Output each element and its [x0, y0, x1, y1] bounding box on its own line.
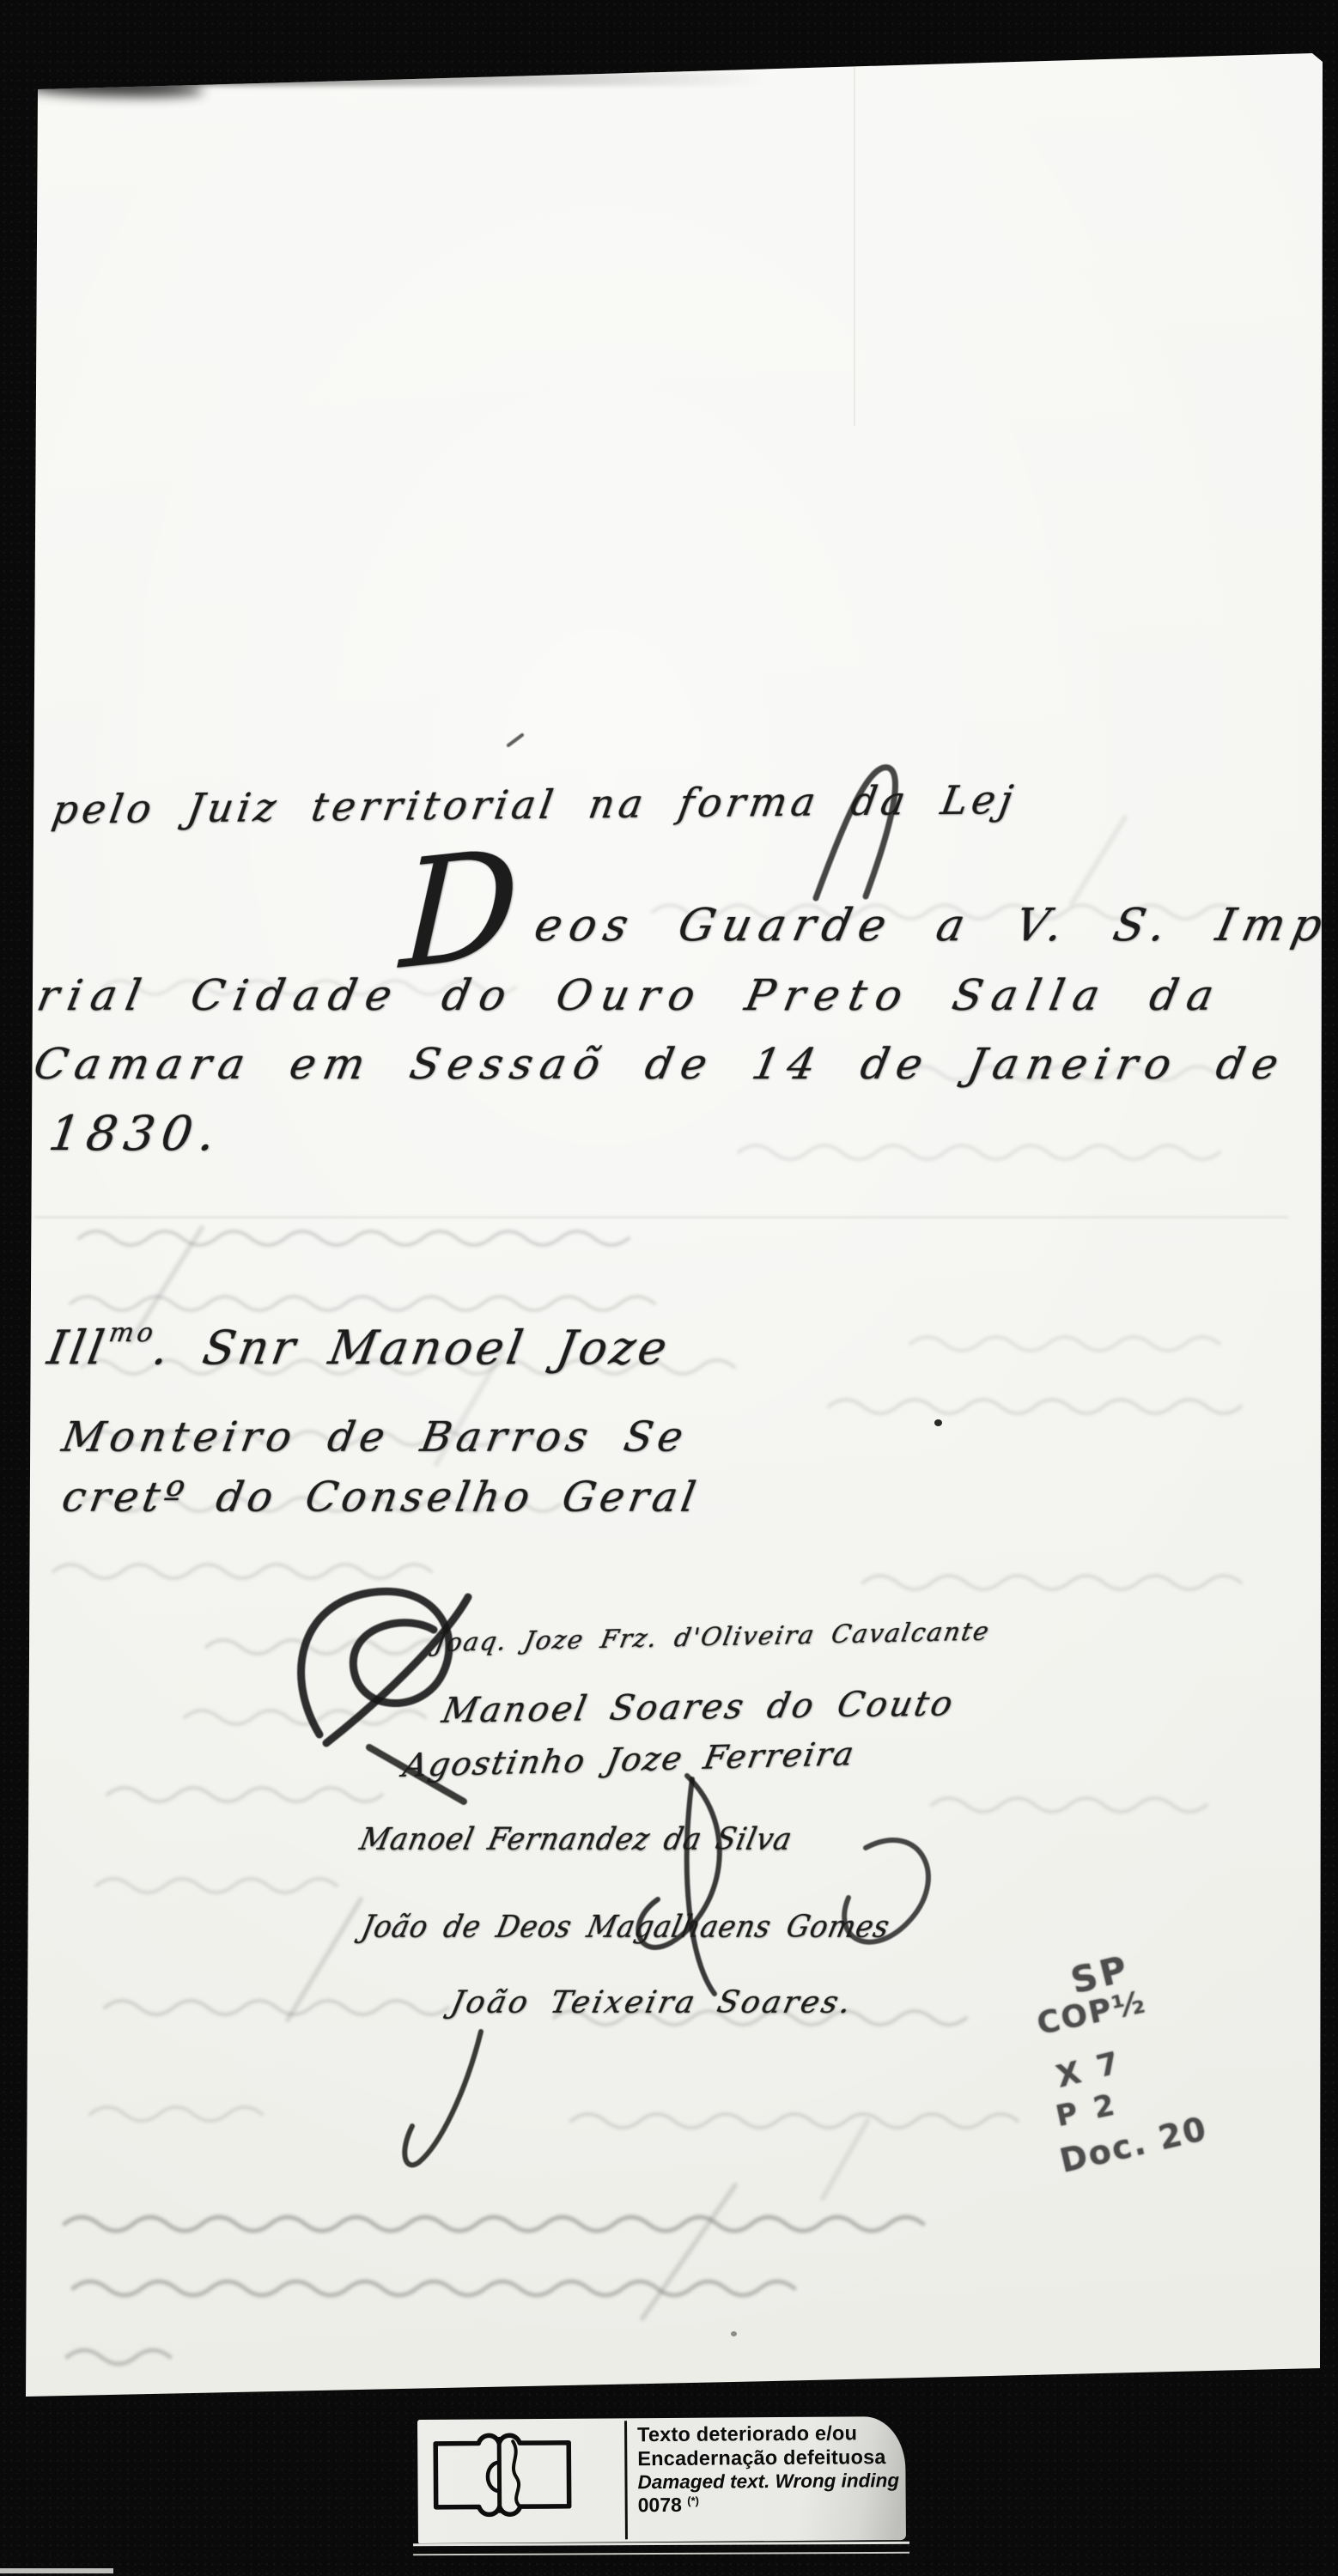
- addressee-name: . Snr Manoel Joze: [149, 1321, 674, 1375]
- signature-5: João de Deos Magalhaens Gomes: [358, 1910, 892, 1945]
- addressee-superscript: mo: [106, 1318, 159, 1348]
- manuscript-line-3: rial Cidade do Ouro Preto Salla da: [33, 970, 1227, 1020]
- label-asterisk-note: (*): [687, 2494, 699, 2507]
- condition-stamp-label: Texto deteriorado e/ou Encadernação defe…: [417, 2416, 906, 2543]
- addressee-line-3: cretº do Conselho Geral: [58, 1473, 703, 1522]
- ink-speck: [934, 1419, 942, 1426]
- addressee-line-2: Monteiro de Barros Se: [58, 1413, 691, 1461]
- ink-bleedthrough: [0, 0, 1338, 2576]
- label-divider: [624, 2421, 628, 2539]
- manuscript-line-2: eos Guarde a V. S. Impe: [530, 900, 1338, 951]
- label-en-line: Damaged text. Wrong inding: [637, 2469, 899, 2494]
- label-frame-number: 0078 (*): [638, 2492, 900, 2519]
- flourished-initial-d: D: [398, 829, 521, 991]
- manuscript-date-line: 1830.: [46, 1106, 225, 1162]
- signature-4: Manoel Fernandez da Silva: [356, 1822, 795, 1857]
- signature-2: Manoel Soares do Couto: [439, 1685, 958, 1731]
- scan-edge-streak: [0, 2568, 113, 2573]
- addressee-prefix: Ill: [44, 1321, 112, 1375]
- signature-6: João Teixeira Soares.: [447, 1985, 856, 2020]
- damaged-book-icon: [427, 2427, 578, 2523]
- manuscript-page: pelo Juiz territorial na forma da Lej D …: [0, 0, 1338, 2576]
- label-pt-line-1: Texto deteriorado e/ou: [637, 2421, 899, 2447]
- label-text: Texto deteriorado e/ou Encadernação defe…: [637, 2421, 899, 2519]
- label-pt-line-2: Encadernação defeituosa: [637, 2445, 899, 2471]
- manuscript-line-4: Camara em Sessaõ de 14 de Janeiro de: [30, 1039, 1291, 1089]
- ink-speck: [731, 2331, 737, 2336]
- addressee-line-1: Illmo. Snr Manoel Joze: [44, 1321, 674, 1375]
